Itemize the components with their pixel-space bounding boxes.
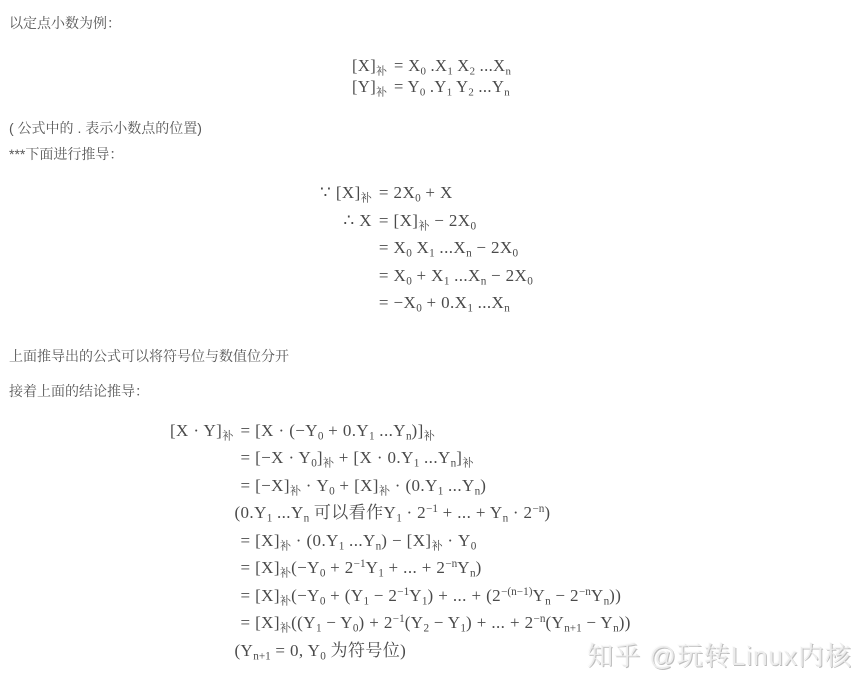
formula-rhs: = X0 X1 ...Xn − 2X0 <box>379 234 533 262</box>
formula-lhs <box>170 582 233 610</box>
formula-rhs: = [X]补 − 2X0 <box>379 207 533 235</box>
formula-rhs: = X0 .X1 X2 ...Xn <box>394 55 511 76</box>
formula-block-x-derivation: ∵ [X]补= 2X0 + X∴ X= [X]补 − 2X0= X0 X1 ..… <box>320 179 533 317</box>
formula-lhs <box>170 554 233 582</box>
formula-block-definitions: [X]补= X0 .X1 X2 ...Xn[Y]补= Y0 .Y1 Y2 ...… <box>352 55 511 97</box>
formula-rhs: = [X]补 · (0.Y1 ...Yn) − [X]补 · Y0 <box>240 527 630 555</box>
formula-lhs <box>320 234 372 262</box>
formula-rhs: = [−X · Y0]补 + [X · 0.Y1 ...Yn]补 <box>240 444 630 472</box>
formula-rhs: = X0 + X1 ...Xn − 2X0 <box>379 262 533 290</box>
formula-rhs: = [X]补(−Y0 + 2−1Y1 + ... + 2−nYn) <box>240 554 630 582</box>
paragraph-intro: 以定点小数为例： <box>9 14 121 32</box>
formula-lhs <box>320 262 372 290</box>
formula-lhs <box>170 499 233 527</box>
formula-lhs <box>170 609 233 637</box>
formula-rhs: = 2X0 + X <box>379 179 533 207</box>
formula-rhs: = [X · (−Y0 + 0.Y1 ...Yn)]补 <box>240 417 630 445</box>
paragraph-continue-derive: 接着上面的结论推导： <box>9 382 149 400</box>
formula-note: (Yn+1 = 0, Y0 为符号位) <box>234 637 630 665</box>
formula-lhs <box>170 472 233 500</box>
formula-rhs: = [X]补(−Y0 + (Y1 − 2−1Y1) + ... + (2−(n−… <box>240 582 630 610</box>
formula-lhs: ∴ X <box>320 207 372 235</box>
formula-lhs: [Y]补 <box>352 76 387 97</box>
paragraph-dot-note: ( 公式中的 . 表示小数点的位置) <box>9 119 202 137</box>
paragraph-sign-split: 上面推导出的公式可以将符号位与数值位分开 <box>9 347 289 365</box>
formula-lhs: [X · Y]补 <box>170 417 233 445</box>
paragraph-derive-intro: ***下面进行推导： <box>9 145 123 163</box>
formula-note: (0.Y1 ...Yn 可以看作Y1 · 2−1 + ... + Yn · 2−… <box>234 499 630 527</box>
article-body: 以定点小数为例： [X]补= X0 .X1 X2 ...Xn[Y]补= Y0 .… <box>0 14 858 664</box>
formula-rhs: = Y0 .Y1 Y2 ...Yn <box>394 76 511 97</box>
formula-lhs <box>170 444 233 472</box>
formula-lhs: [X]补 <box>352 55 387 76</box>
zhihu-watermark: 知乎 @玩转Linux内核 <box>587 636 852 673</box>
formula-rhs: = [−X]补 · Y0 + [X]补 · (0.Y1 ...Yn) <box>240 472 630 500</box>
formula-block-xy-derivation: [X · Y]补= [X · (−Y0 + 0.Y1 ...Yn)]补= [−X… <box>170 417 631 665</box>
formula-lhs <box>170 527 233 555</box>
formula-lhs <box>320 289 372 317</box>
formula-lhs <box>170 637 233 665</box>
formula-rhs: = [X]补((Y1 − Y0) + 2−1(Y2 − Y1) + ... + … <box>240 609 630 637</box>
formula-lhs: ∵ [X]补 <box>320 179 372 207</box>
formula-rhs: = −X0 + 0.X1 ...Xn <box>379 289 533 317</box>
